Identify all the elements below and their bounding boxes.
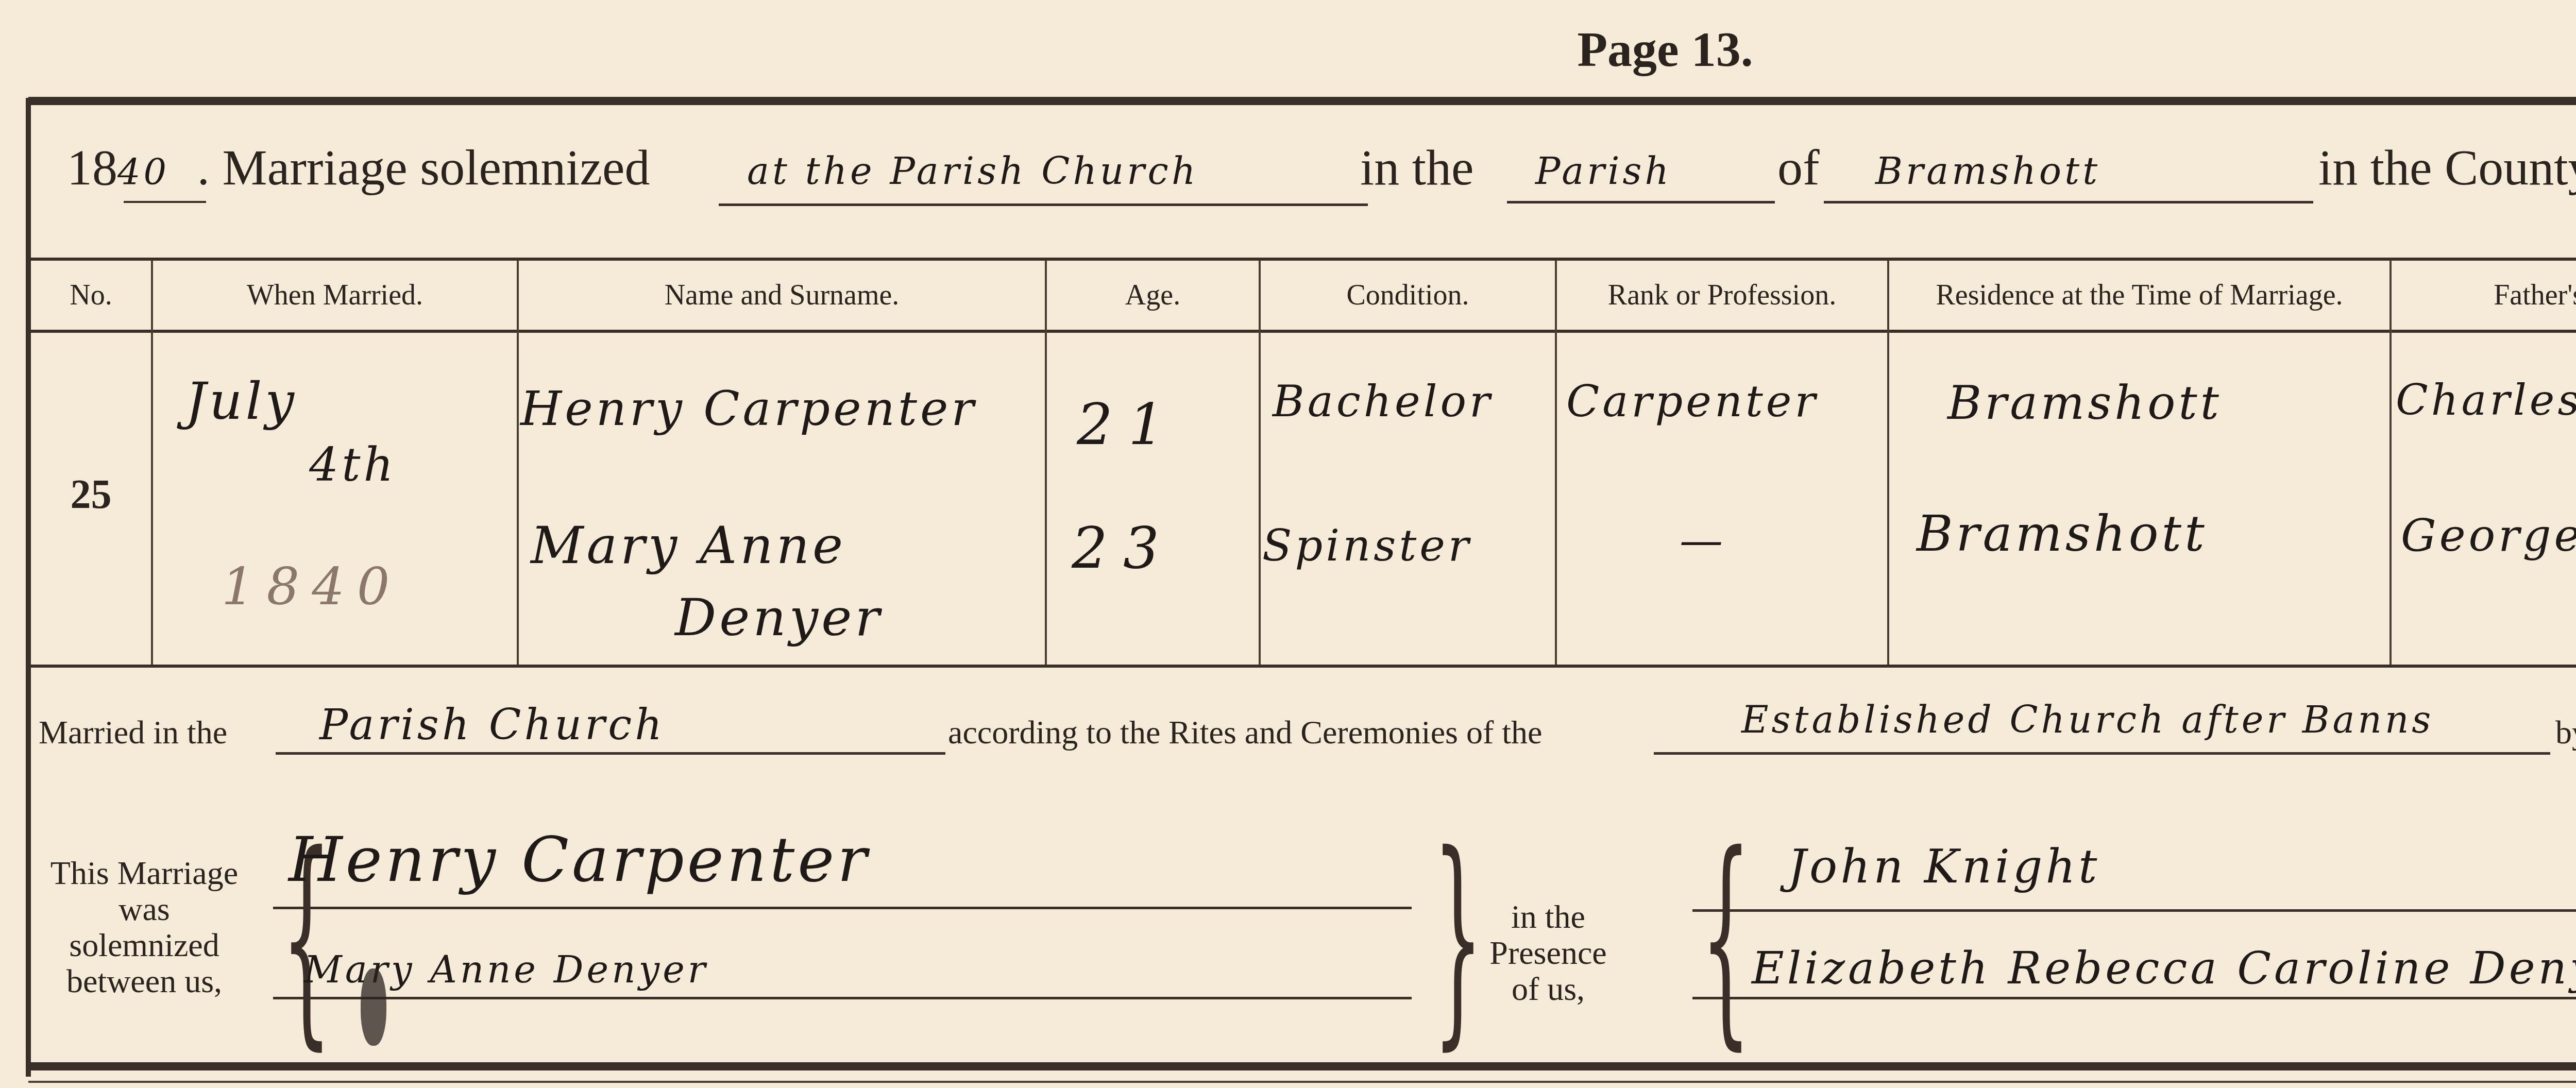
bride-age: 23 <box>1072 515 1175 581</box>
col-header-father-name: Father's Name and Surname. <box>2392 263 2576 327</box>
groom-name: Henry Carpenter <box>520 381 977 436</box>
between-label-line: This Marriage <box>31 855 258 891</box>
groom-signature-line <box>273 907 1412 909</box>
groom-signature: Henry Carpenter <box>289 824 870 896</box>
groom-residence: Bramshott <box>1947 376 2222 430</box>
of-label-1: of <box>1777 139 1820 197</box>
presence-label-line: in the <box>1458 899 1638 935</box>
rites-underline <box>1654 752 2550 755</box>
col-header-no: No. <box>31 263 151 327</box>
parish-name-value: Bramshott <box>1875 149 2100 193</box>
between-label-line: solemnized <box>31 927 258 963</box>
col-header-rank: Rank or Profession. <box>1557 263 1887 327</box>
frame-left-rule <box>26 98 31 1077</box>
married-in-label: Married in the <box>39 713 227 752</box>
bride-name-line1: Mary Anne <box>531 515 846 575</box>
column-header-bottom-rule <box>31 330 2576 333</box>
witness-2-line <box>1692 997 2576 999</box>
col-header-condition: Condition. <box>1261 263 1555 327</box>
by-me-label: by me, <box>2555 713 2576 752</box>
married-in-underline <box>276 752 945 755</box>
groom-father-name: Charles Carpenter <box>2396 376 2576 425</box>
married-in-value: Parish Church <box>319 701 665 750</box>
district-underline <box>1507 201 1775 203</box>
witness-1-signature: John Knight <box>1788 840 2100 894</box>
entry-number: 25 <box>31 464 151 525</box>
when-married-month: July <box>185 371 297 431</box>
in-the-label: in the <box>1360 139 1473 197</box>
bride-signature-line <box>273 997 1412 999</box>
marriage-solemnized-label: Marriage solemnized <box>223 140 650 196</box>
col-header-name: Name and Surname. <box>519 263 1045 327</box>
place-underline <box>719 203 1368 206</box>
witness-1-line <box>1692 909 2576 912</box>
ink-blot <box>361 968 386 1046</box>
left-brace-witnesses: { <box>1701 824 1751 1051</box>
witness-2-signature: Elizabeth Rebecca Caroline Denyer <box>1752 943 2576 994</box>
bottom-thick-rule <box>28 1062 2576 1070</box>
groom-rank: Carpenter <box>1566 376 1819 427</box>
year-dot: . <box>197 140 210 196</box>
presence-label-line: Presence <box>1458 935 1638 971</box>
bride-name-line2: Denyer <box>675 587 883 648</box>
groom-condition: Bachelor <box>1273 376 1493 427</box>
page-title: Page 13. <box>0 21 2576 78</box>
year-suffix: 40 <box>117 151 184 193</box>
bride-rank: — <box>1680 515 1726 566</box>
data-bottom-rule <box>31 665 2576 668</box>
rites-value: Established Church after Banns <box>1741 698 2434 741</box>
district-type-value: Parish <box>1535 149 1672 193</box>
bottom-thin-rule <box>28 1081 2576 1083</box>
place-value: at the Parish Church <box>747 149 1198 193</box>
col-header-residence: Residence at the Time of Marriage. <box>1889 263 2389 327</box>
frame-top-rule <box>28 97 2576 105</box>
bride-father-name: George Denyer <box>2401 510 2576 562</box>
groom-age: 21 <box>1077 392 1180 457</box>
bride-residence: Bramshott <box>1917 505 2208 563</box>
year-underline <box>124 201 206 203</box>
presence-label: in the Presence of us, <box>1458 899 1638 1007</box>
year-prefix: 18 <box>67 140 117 196</box>
presence-label-line: of us, <box>1458 971 1638 1007</box>
when-married-year: 1840 <box>222 556 402 617</box>
parish-underline <box>1824 201 2313 203</box>
bride-condition: Spinster <box>1262 520 1472 571</box>
between-us-label: This Marriage was solemnized between us, <box>31 855 258 999</box>
according-label: according to the Rites and Ceremonies of… <box>948 713 1542 752</box>
between-label-line: was <box>31 891 258 927</box>
when-married-day: 4th <box>309 438 396 492</box>
header-top-rule <box>31 258 2576 261</box>
between-label-line: between us, <box>31 963 258 999</box>
entry-header: 1840 . Marriage solemnized <box>67 139 650 197</box>
county-label: in the County <box>2318 139 2576 197</box>
col-header-when-married: When Married. <box>153 263 517 327</box>
col-header-age: Age. <box>1047 263 1259 327</box>
